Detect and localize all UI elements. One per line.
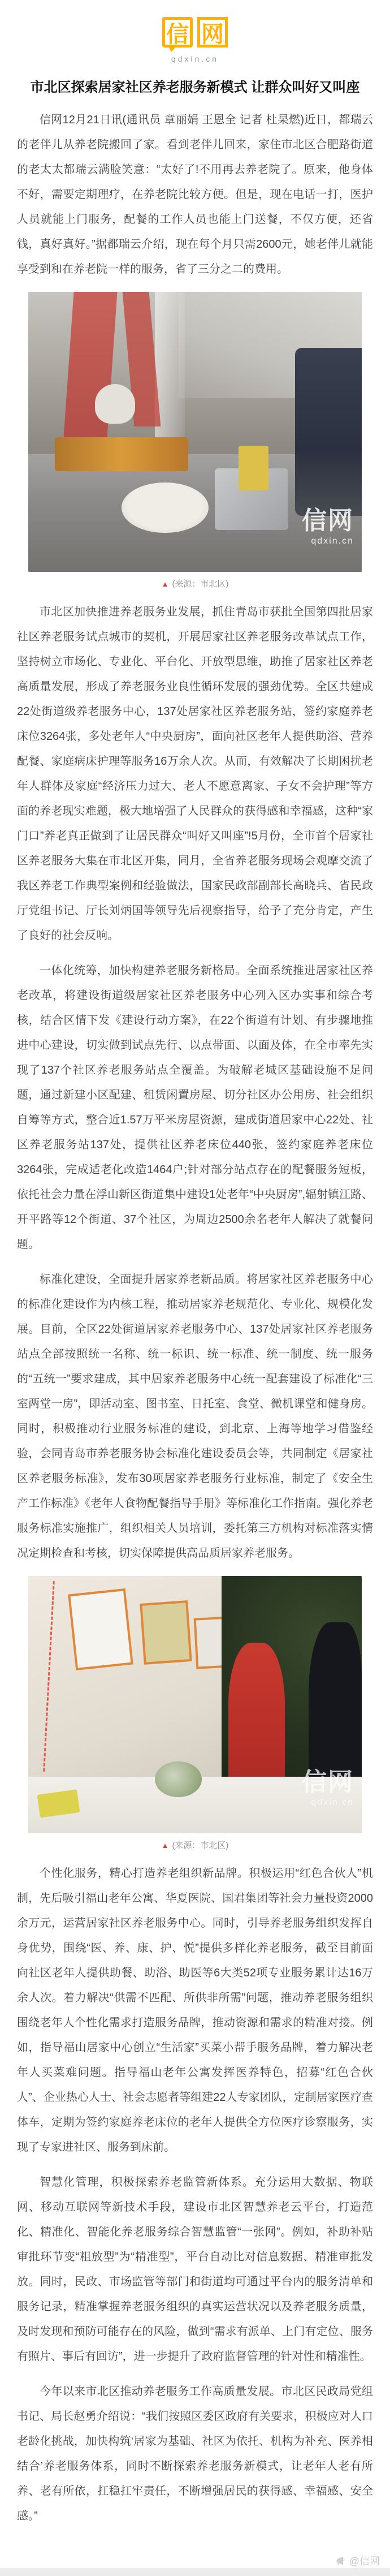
article-paragraph-2: 市北区加快推进养老服务业发展，抓住青岛市获批全国第四批居家社区养老服务试点城市的… [17, 600, 373, 948]
photo2-watermark: 信网 qdxin.cn [302, 1770, 354, 1807]
article-paragraph-5: 个性化服务，精心打造养老组织新品牌。积极运用“红色合伙人”机制，先后吸引福山老年… [17, 1861, 373, 2160]
caption-triangle-icon: ▲ [162, 580, 169, 588]
photo1-egg-dish [239, 446, 268, 490]
article-paragraph-3: 一体化统筹，加快构建养老服务新格局。全面系统推进居家社区养老改革，将建设街道级居… [17, 958, 373, 1257]
article-body: 信网12月21日讯(通讯员 章丽娟 王恩全 记者 杜杲燃)近日，都瑞云的老伴儿从… [0, 107, 390, 2528]
article-photo-1: 信网 qdxin.cn [28, 292, 362, 572]
site-logo: 信 网 qdxin.cn [0, 0, 390, 63]
photo2-board-frame-2 [140, 1600, 192, 1665]
photo2-flowers [155, 1761, 202, 1798]
photo1-plates-stack [122, 483, 208, 533]
qdxin-logo-icon: 信 网 [162, 17, 228, 48]
article-paragraph-1: 信网12月21日讯(通讯员 章丽娟 王恩全 记者 杜杲燃)近日，都瑞云的老伴儿从… [17, 107, 373, 282]
article-page: 信 网 qdxin.cn 市北区探索居家社区养老服务新模式 让群众叫好又叫座 信… [0, 0, 390, 2576]
footer-watermark-text: @信网 [349, 2553, 380, 2568]
photo1-diner-figure [295, 348, 362, 516]
photo1-worker-cap [95, 384, 135, 423]
article-headline: 市北区探索居家社区养老服务新模式 让群众叫好又叫座 [17, 78, 373, 97]
photo2-caption: ▲(来源：市北区) [17, 1839, 373, 1851]
article-paragraph-6: 智慧化管理，积极探索养老监管新体系。充分运用大数据、物联网、移动互联网等新技术手… [17, 2170, 373, 2369]
photo2-caption-text: (来源：市北区) [172, 1841, 228, 1850]
share-megaphone-icon [335, 2555, 346, 2566]
logo-domain-text: qdxin.cn [171, 54, 219, 63]
photo2-red-jacket-person [228, 1643, 285, 1797]
photo2-board-frame-1 [68, 1588, 133, 1670]
logo-char-wang: 网 [197, 17, 228, 48]
article-paragraph-4: 标准化建设，全面提升居家养老新品质。将居家社区养老服务中心的标准化建设作为内核工… [17, 1267, 373, 1566]
photo1-food-tray [55, 437, 188, 471]
photo1-caption-text: (来源：市北区) [172, 579, 228, 589]
photo1-watermark: 信网 qdxin.cn [302, 509, 354, 546]
logo-char-xin: 信 [162, 17, 193, 48]
caption-triangle-icon: ▲ [162, 1841, 169, 1850]
article-photo-2: 信网 qdxin.cn [28, 1576, 362, 1833]
article-paragraph-7: 今年以来市北区推动养老服务工作高质量发展。市北区民政局党组书记、局长赵勇介绍说：… [17, 2379, 373, 2528]
bottom-divider [0, 2568, 390, 2576]
photo1-caption: ▲(来源：市北区) [17, 578, 373, 589]
